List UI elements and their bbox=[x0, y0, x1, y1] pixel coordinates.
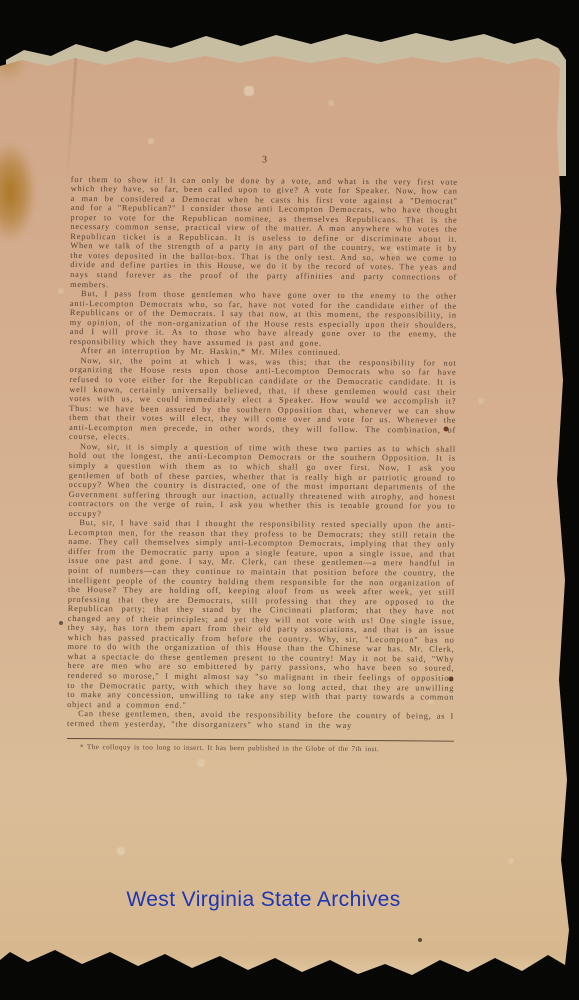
footnote-rule bbox=[67, 738, 454, 742]
paper-stain bbox=[0, 142, 36, 242]
footnote: * The colloquy is too long to insert. It… bbox=[67, 743, 454, 755]
paragraph: But, sir, I have said that I thought the… bbox=[67, 518, 455, 712]
page-number: 3 bbox=[71, 154, 458, 166]
paragraph: But, I pass from those gentlemen who hav… bbox=[70, 289, 457, 349]
document-page: 3 for them to show it! It can only be do… bbox=[0, 50, 571, 982]
paper-speckles bbox=[0, 50, 2, 52]
paragraph: Can these gentlemen, then, avoid the res… bbox=[67, 709, 454, 731]
paragraph: Now, sir, it is simply a question of tim… bbox=[68, 442, 456, 521]
archive-caption: West Virginia State Archives bbox=[0, 888, 549, 912]
paragraph: for them to show it! It can only be done… bbox=[70, 175, 458, 292]
printed-content: 3 for them to show it! It can only be do… bbox=[67, 154, 458, 755]
body-text: for them to show it! It can only be done… bbox=[67, 175, 458, 731]
archive-scan-photo: 3 for them to show it! It can only be do… bbox=[0, 0, 579, 1000]
foxing-specks bbox=[0, 50, 2, 52]
paragraph: Now, sir, the point at which I was, was … bbox=[69, 356, 457, 445]
